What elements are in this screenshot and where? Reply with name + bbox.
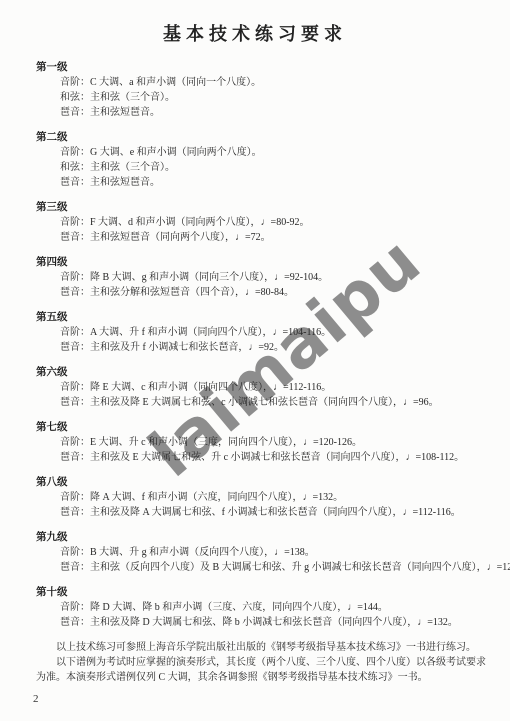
requirement-line: 音阶：G 大调、e 和声小调（同向两个八度）。 bbox=[36, 145, 486, 160]
section-lines: 音阶：E 大调、升 c 和声小调（三度，同向四个八度），♩=120-126。琶音… bbox=[36, 435, 486, 465]
section-lines: 音阶：G 大调、e 和声小调（同向两个八度）。和弦：主和弦（三个音）。琶音：主和… bbox=[36, 145, 486, 190]
requirement-line: 琶音：主和弦及降 D 大调属七和弦、降 b 小调减七和弦长琶音（同向四个八度），… bbox=[36, 615, 486, 630]
requirement-line: 琶音：主和弦及降 A 大调属七和弦、f 小调减七和弦长琶音（同向四个八度），♩=… bbox=[36, 505, 486, 520]
section-heading: 第九级 bbox=[36, 530, 486, 545]
section-lines: 音阶：B 大调、升 g 和声小调（反向四个八度），♩=138。琶音：主和弦（反向… bbox=[36, 545, 486, 575]
requirement-line: 音阶：C 大调、a 和声小调（同向一个八度）。 bbox=[36, 75, 486, 90]
section-heading: 第八级 bbox=[36, 475, 486, 490]
footer-paragraphs: 以上技术练习可参照上海音乐学院出版社出版的《钢琴考级指导基本技术练习》一书进行练… bbox=[36, 640, 486, 685]
section-heading: 第三级 bbox=[36, 200, 486, 215]
requirement-line: 和弦：主和弦（三个音）。 bbox=[36, 90, 486, 105]
level-section: 第十级 音阶：降 D 大调、降 b 和声小调（三度、六度，同向四个八度），♩=1… bbox=[36, 585, 486, 630]
section-lines: 音阶：C 大调、a 和声小调（同向一个八度）。和弦：主和弦（三个音）。琶音：主和… bbox=[36, 75, 486, 120]
requirement-line: 琶音：主和弦（反向四个八度）及 B 大调属七和弦、升 g 小调减七和弦长琶音（同… bbox=[36, 560, 486, 575]
requirement-line: 音阶：降 A 大调、f 和声小调（六度，同向四个八度），♩=132。 bbox=[36, 490, 486, 505]
section-heading: 第四级 bbox=[36, 255, 486, 270]
level-section: 第七级 音阶：E 大调、升 c 和声小调（三度，同向四个八度），♩=120-12… bbox=[36, 420, 486, 465]
page-title: 基本技术练习要求 bbox=[0, 20, 510, 46]
section-heading: 第十级 bbox=[36, 585, 486, 600]
document-page: laimaipu 基本技术练习要求 第一级 音阶：C 大调、a 和声小调（同向一… bbox=[0, 0, 510, 721]
requirement-line: 音阶：F 大调、d 和声小调（同向两个八度），♩=80-92。 bbox=[36, 215, 486, 230]
section-lines: 音阶：F 大调、d 和声小调（同向两个八度），♩=80-92。琶音：主和弦短琶音… bbox=[36, 215, 486, 245]
requirement-line: 琶音：主和弦分解和弦短琶音（四个音），♩=80-84。 bbox=[36, 285, 486, 300]
level-section: 第八级 音阶：降 A 大调、f 和声小调（六度，同向四个八度），♩=132。琶音… bbox=[36, 475, 486, 520]
requirement-line: 音阶：降 B 大调、g 和声小调（同向三个八度），♩=92-104。 bbox=[36, 270, 486, 285]
section-heading: 第七级 bbox=[36, 420, 486, 435]
requirement-line: 音阶：降 D 大调、降 b 和声小调（三度、六度，同向四个八度），♩=144。 bbox=[36, 600, 486, 615]
section-lines: 音阶：降 E 大调、c 和声小调（同向四个八度），♩=112-116。琶音：主和… bbox=[36, 380, 486, 410]
section-lines: 音阶：降 D 大调、降 b 和声小调（三度、六度，同向四个八度），♩=144。琶… bbox=[36, 600, 486, 630]
requirement-line: 音阶：A 大调、升 f 和声小调（同向四个八度），♩=104-116。 bbox=[36, 325, 486, 340]
section-lines: 音阶：降 B 大调、g 和声小调（同向三个八度），♩=92-104。琶音：主和弦… bbox=[36, 270, 486, 300]
section-heading: 第五级 bbox=[36, 310, 486, 325]
level-section: 第五级 音阶：A 大调、升 f 和声小调（同向四个八度），♩=104-116。琶… bbox=[36, 310, 486, 355]
section-heading: 第二级 bbox=[36, 130, 486, 145]
footer-paragraph: 以下谱例为考试时应掌握的演奏形式，其长度（两个八度、三个八度、四个八度）以各级考… bbox=[36, 655, 486, 685]
section-heading: 第一级 bbox=[36, 60, 486, 75]
level-section: 第一级 音阶：C 大调、a 和声小调（同向一个八度）。和弦：主和弦（三个音）。琶… bbox=[36, 60, 486, 120]
requirement-line: 琶音：主和弦及降 E 大调属七和弦、c 小调减七和弦长琶音（同向四个八度），♩=… bbox=[36, 395, 486, 410]
requirement-line: 琶音：主和弦短琶音。 bbox=[36, 105, 486, 120]
level-section: 第四级 音阶：降 B 大调、g 和声小调（同向三个八度），♩=92-104。琶音… bbox=[36, 255, 486, 300]
requirement-line: 和弦：主和弦（三个音）。 bbox=[36, 160, 486, 175]
footer-paragraph: 以上技术练习可参照上海音乐学院出版社出版的《钢琴考级指导基本技术练习》一书进行练… bbox=[36, 640, 486, 655]
page-number: 2 bbox=[33, 693, 39, 705]
section-lines: 音阶：降 A 大调、f 和声小调（六度，同向四个八度），♩=132。琶音：主和弦… bbox=[36, 490, 486, 520]
requirement-line: 琶音：主和弦及升 f 小调减七和弦长琶音，♩=92。 bbox=[36, 340, 486, 355]
requirement-line: 音阶：B 大调、升 g 和声小调（反向四个八度），♩=138。 bbox=[36, 545, 486, 560]
sections: 第一级 音阶：C 大调、a 和声小调（同向一个八度）。和弦：主和弦（三个音）。琶… bbox=[36, 60, 486, 630]
section-heading: 第六级 bbox=[36, 365, 486, 380]
page-body: 第一级 音阶：C 大调、a 和声小调（同向一个八度）。和弦：主和弦（三个音）。琶… bbox=[36, 60, 486, 685]
requirement-line: 琶音：主和弦短琶音（同向两个八度），♩=72。 bbox=[36, 230, 486, 245]
level-section: 第三级 音阶：F 大调、d 和声小调（同向两个八度），♩=80-92。琶音：主和… bbox=[36, 200, 486, 245]
requirement-line: 琶音：主和弦短琶音。 bbox=[36, 175, 486, 190]
level-section: 第九级 音阶：B 大调、升 g 和声小调（反向四个八度），♩=138。琶音：主和… bbox=[36, 530, 486, 575]
level-section: 第二级 音阶：G 大调、e 和声小调（同向两个八度）。和弦：主和弦（三个音）。琶… bbox=[36, 130, 486, 190]
requirement-line: 音阶：降 E 大调、c 和声小调（同向四个八度），♩=112-116。 bbox=[36, 380, 486, 395]
section-lines: 音阶：A 大调、升 f 和声小调（同向四个八度），♩=104-116。琶音：主和… bbox=[36, 325, 486, 355]
level-section: 第六级 音阶：降 E 大调、c 和声小调（同向四个八度），♩=112-116。琶… bbox=[36, 365, 486, 410]
requirement-line: 琶音：主和弦及 E 大调属七和弦、升 c 小调减七和弦长琶音（同向四个八度），♩… bbox=[36, 450, 486, 465]
requirement-line: 音阶：E 大调、升 c 和声小调（三度，同向四个八度），♩=120-126。 bbox=[36, 435, 486, 450]
